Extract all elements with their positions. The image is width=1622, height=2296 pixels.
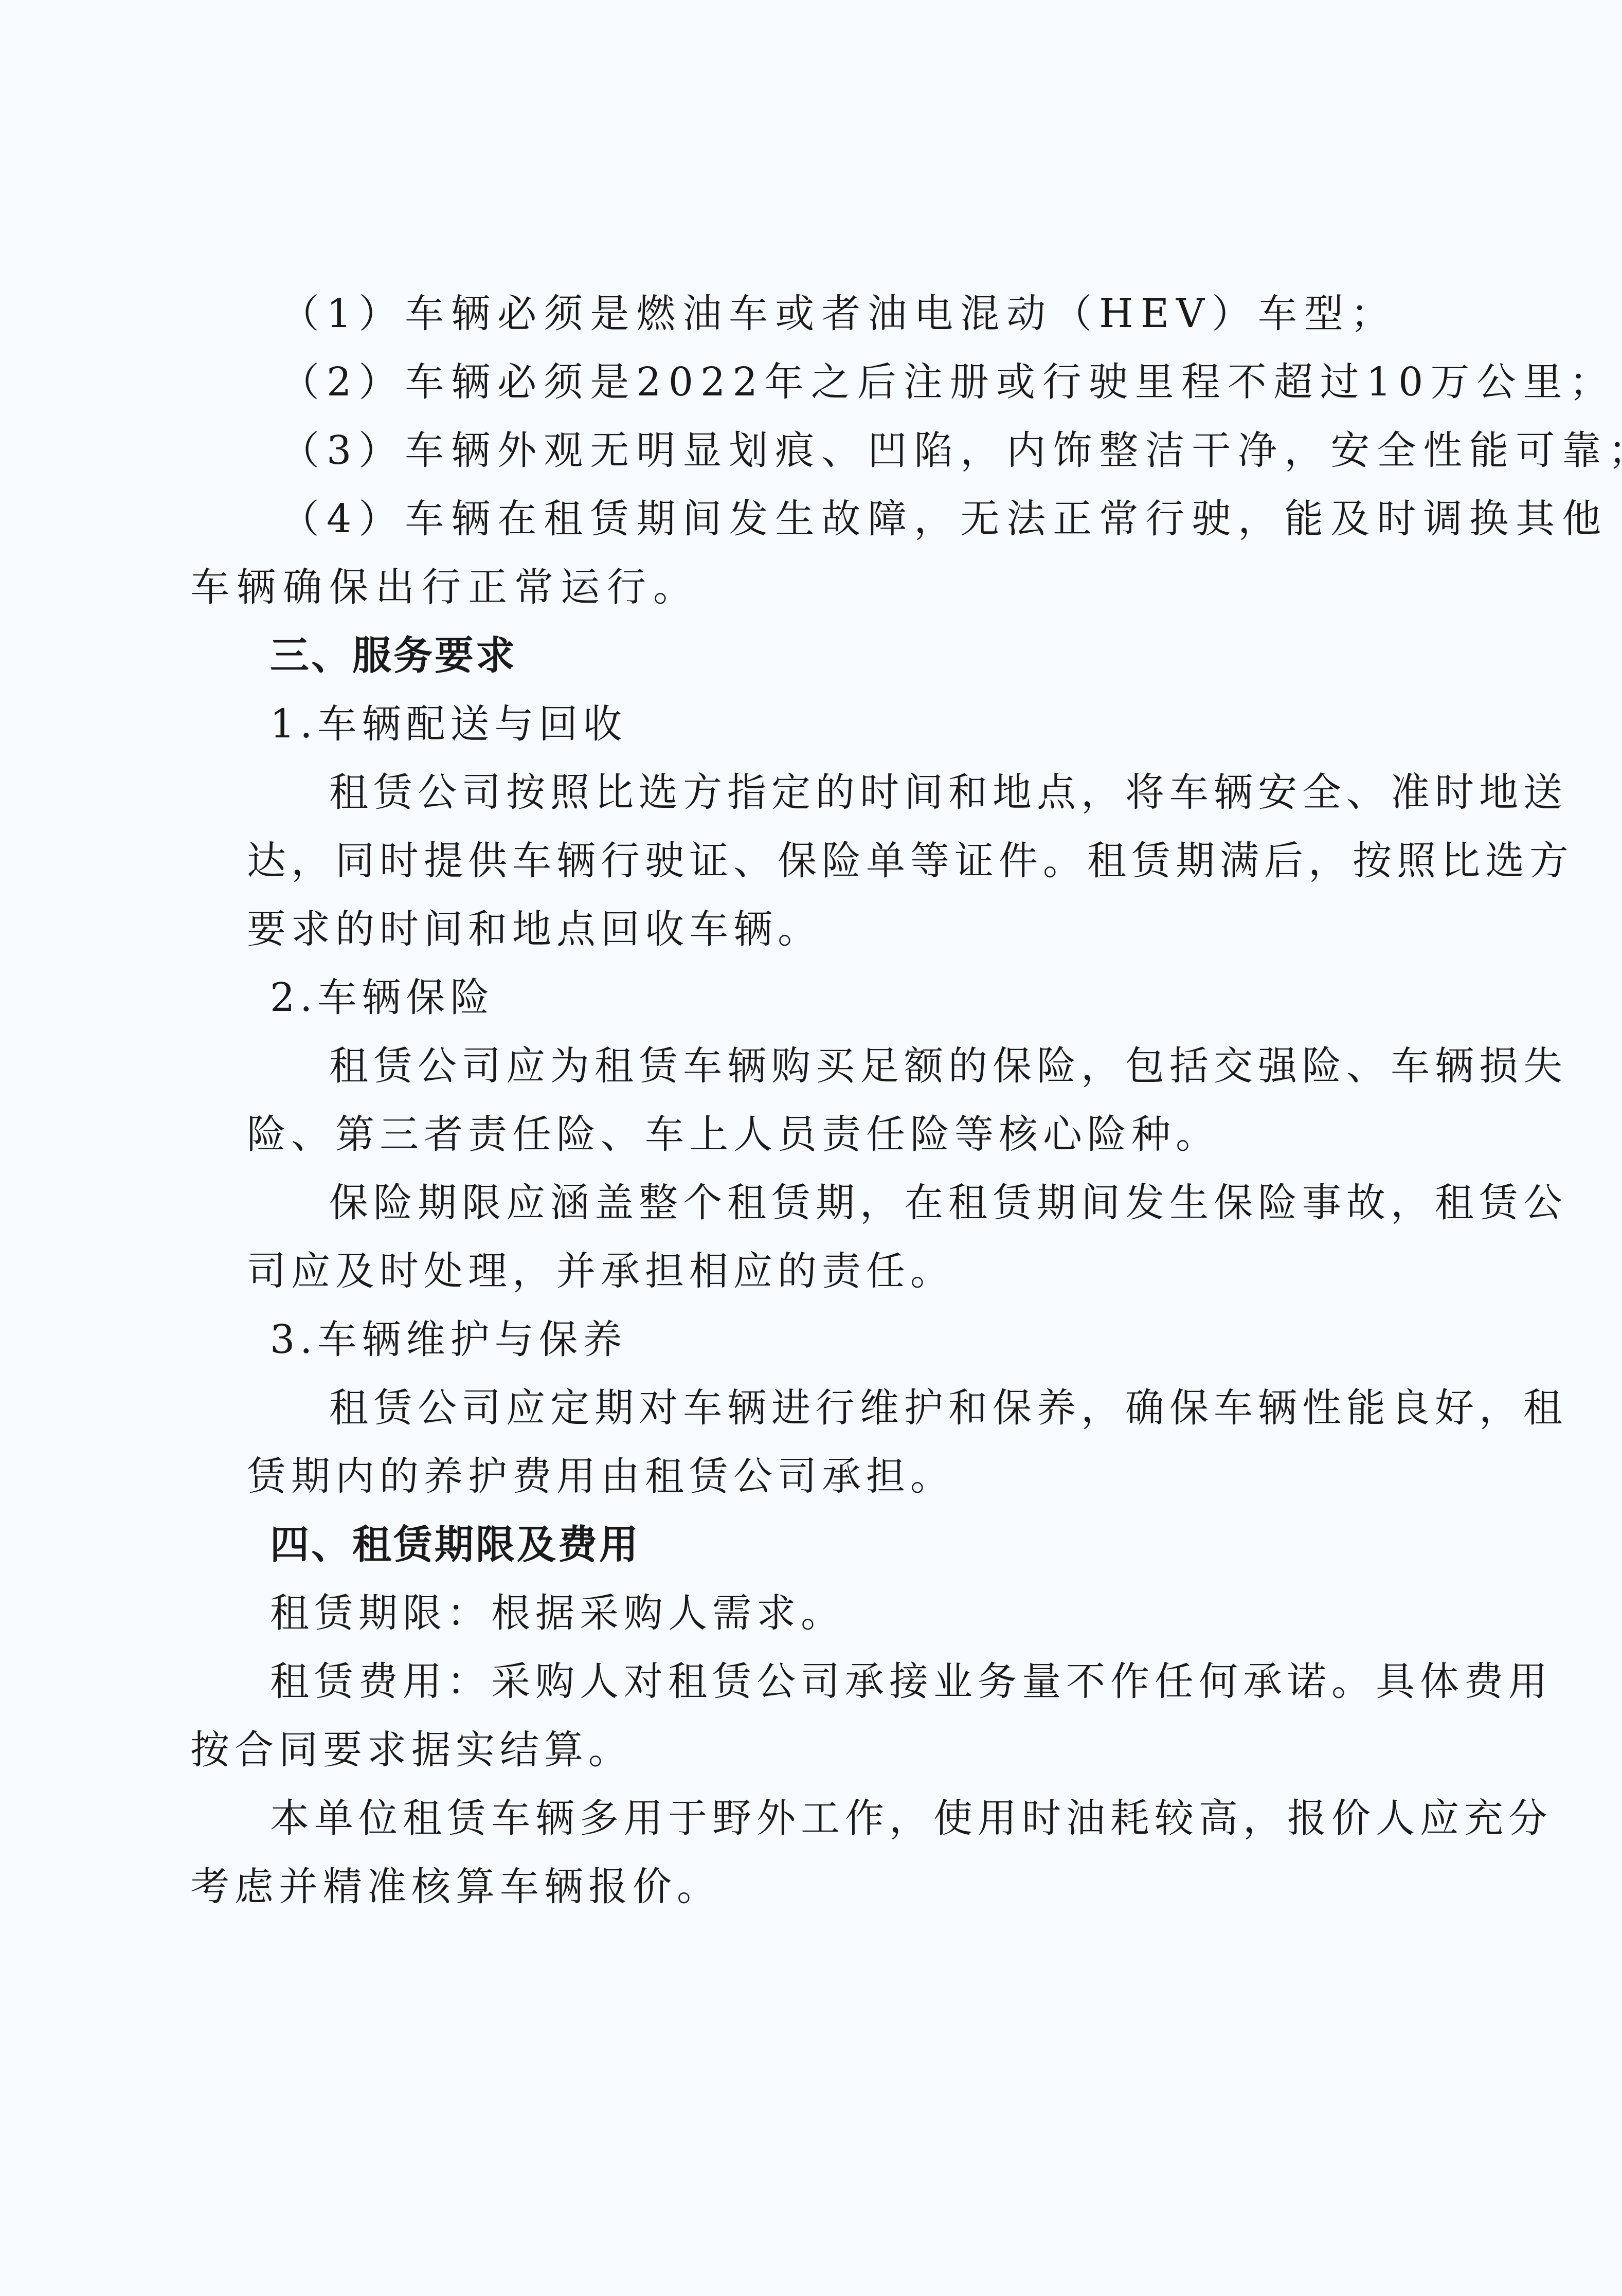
requirement-item-2: （2）车辆必须是2022年之后注册或行驶里程不超过10万公里；	[280, 356, 1615, 408]
note-line-1: 本单位租赁车辆多用于野外工作，使用时油耗较高，报价人应充分	[270, 1793, 1553, 1844]
section-heading-service: 三、服务要求	[270, 630, 517, 681]
requirement-item-4: （4）车辆在租赁期间发生故障，无法正常行驶，能及时调换其他	[280, 493, 1608, 545]
section-heading-term-fees: 四、租赁期限及费用	[270, 1519, 640, 1570]
paragraph-delivery-line-1: 租赁公司按照比选方指定的时间和地点，将车辆安全、准时地送	[329, 767, 1567, 818]
subsection-title-insurance: 2.车辆保险	[270, 972, 495, 1023]
subsection-title-maintenance: 3.车辆维护与保养	[270, 1314, 627, 1365]
document-page: （1）车辆必须是燃油车或者油电混动（HEV）车型； （2）车辆必须是2022年之…	[0, 0, 1622, 2296]
paragraph-maintenance-line-2: 赁期内的养护费用由租赁公司承担。	[247, 1451, 954, 1502]
note-line-2: 考虑并精准核算车辆报价。	[190, 1861, 721, 1912]
paragraph-insurance-1-line-1: 租赁公司应为租赁车辆购买足额的保险，包括交强险、车辆损失	[329, 1040, 1567, 1092]
subsection-title-delivery: 1.车辆配送与回收	[270, 698, 627, 750]
paragraph-delivery-line-3: 要求的时间和地点回收车辆。	[247, 903, 822, 955]
paragraph-maintenance-line-1: 租赁公司应定期对车辆进行维护和保养，确保车辆性能良好，租	[329, 1382, 1567, 1434]
requirement-item-3: （3）车辆外观无明显划痕、凹陷，内饰整洁干净，安全性能可靠；	[280, 425, 1622, 476]
rental-term-line: 租赁期限：根据采购人需求。	[270, 1587, 845, 1639]
paragraph-insurance-1-line-2: 险、第三者责任险、车上人员责任险等核心险种。	[247, 1109, 1220, 1160]
requirement-item-1: （1）车辆必须是燃油车或者油电混动（HEV）车型；	[280, 288, 1397, 339]
requirement-item-4-continued: 车辆确保出行正常运行。	[190, 562, 699, 613]
rental-fee-line-1: 租赁费用：采购人对租赁公司承接业务量不作任何承诺。具体费用	[270, 1656, 1553, 1707]
rental-fee-line-2: 按合同要求据实结算。	[190, 1724, 633, 1776]
paragraph-insurance-2-line-2: 司应及时处理，并承担相应的责任。	[247, 1245, 954, 1297]
paragraph-delivery-line-2: 达，同时提供车辆行驶证、保险单等证件。租赁期满后，按照比选方	[247, 835, 1574, 887]
paragraph-insurance-2-line-1: 保险期限应涵盖整个租赁期，在租赁期间发生保险事故，租赁公	[329, 1177, 1567, 1228]
